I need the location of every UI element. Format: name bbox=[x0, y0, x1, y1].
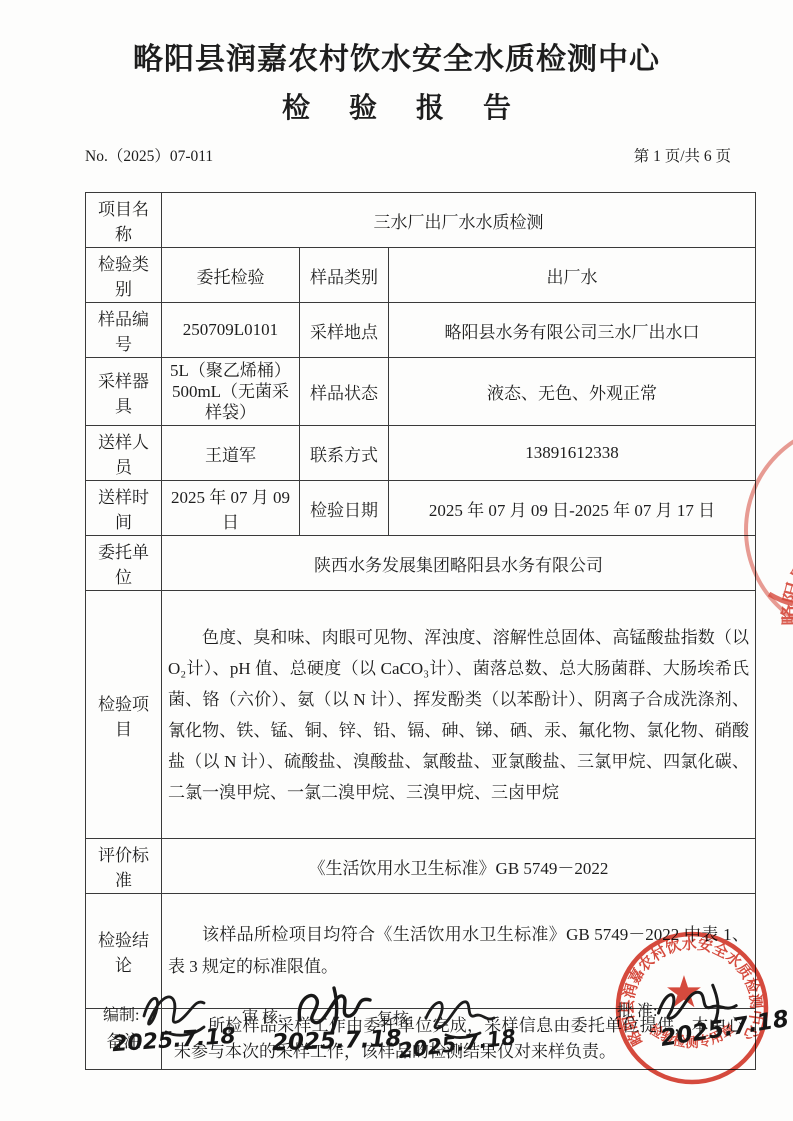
label-evaluation-standard: 评价标准 bbox=[86, 839, 162, 894]
table-row: 项目名称 三水厂出厂水水质检测 bbox=[86, 193, 756, 248]
container-line1: 5L（聚乙烯桶） bbox=[168, 360, 293, 381]
table-row: 委托单位 陕西水务发展集团略阳县水务有限公司 bbox=[86, 536, 756, 591]
rechecked-by-label: 复核: bbox=[377, 1006, 413, 1029]
reviewed-by-label: 审 核: bbox=[242, 1004, 282, 1027]
table-row: 样品编号 250709L0101 采样地点 略阳县水务有限公司三水厂出水口 bbox=[86, 303, 756, 358]
table-row: 采样器具 5L（聚乙烯桶） 500mL（无菌采样袋） 样品状态 液态、无色、外观… bbox=[86, 358, 756, 426]
report-number: No.（2025）07-011 bbox=[85, 144, 213, 166]
value-sample-type: 出厂水 bbox=[389, 248, 756, 303]
label-sample-type: 样品类别 bbox=[300, 248, 389, 303]
inspection-items-text: 色度、臭和味、肉眼可见物、浑浊度、溶解性总固体、高锰酸盐指数（以 O₂计）、pH… bbox=[168, 622, 749, 808]
value-sample-sender: 王道军 bbox=[162, 426, 300, 481]
signature-stroke bbox=[299, 988, 370, 1032]
prepared-by-label: 编制: bbox=[103, 1002, 139, 1025]
value-sample-no: 250709L0101 bbox=[162, 303, 300, 358]
label-sampling-container: 采样器具 bbox=[86, 358, 162, 426]
container-line2: 500mL（无菌采样袋） bbox=[168, 381, 293, 423]
label-inspection-date: 检验日期 bbox=[300, 481, 389, 536]
value-sending-time: 2025 年 07 月 09 日 bbox=[162, 481, 300, 536]
label-sample-state: 样品状态 bbox=[300, 358, 389, 426]
value-inspection-date: 2025 年 07 月 09 日-2025 年 07 月 17 日 bbox=[389, 481, 756, 536]
page-title: 略阳县润嘉农村饮水安全水质检测中心 bbox=[0, 0, 793, 78]
table-row: 送样时间 2025 年 07 月 09 日 检验日期 2025 年 07 月 0… bbox=[86, 481, 756, 536]
label-client: 委托单位 bbox=[86, 536, 162, 591]
edge-seal-partial-stamp: 略阳县润嘉农村饮水安全水质检测中心 bbox=[733, 422, 793, 642]
value-inspection-items: 色度、臭和味、肉眼可见物、浑浊度、溶解性总固体、高锰酸盐指数（以 O₂计）、pH… bbox=[162, 591, 756, 839]
label-contact: 联系方式 bbox=[300, 426, 389, 481]
value-sample-state: 液态、无色、外观正常 bbox=[389, 358, 756, 426]
value-contact: 13891612338 bbox=[389, 426, 756, 481]
edge-seal-group: 略阳县润嘉农村饮水安全水质检测中心 bbox=[742, 422, 793, 642]
table-row: 检验类别 委托检验 样品类别 出厂水 bbox=[86, 248, 756, 303]
edge-seal-ring-text: 略阳县润嘉农村饮水安全水质检测中心 bbox=[742, 422, 793, 642]
page-subtitle: 检 验 报 告 bbox=[0, 86, 793, 126]
label-sample-sender: 送样人员 bbox=[86, 426, 162, 481]
table-row: 评价标准 《生活饮用水卫生标准》GB 5749－2022 bbox=[86, 839, 756, 894]
table-row: 检验项目 色度、臭和味、肉眼可见物、浑浊度、溶解性总固体、高锰酸盐指数（以 O₂… bbox=[86, 591, 756, 839]
label-sending-time: 送样时间 bbox=[86, 481, 162, 536]
label-project-name: 项目名称 bbox=[86, 193, 162, 248]
table-row: 送样人员 王道军 联系方式 13891612338 bbox=[86, 426, 756, 481]
value-evaluation-standard: 《生活饮用水卫生标准》GB 5749－2022 bbox=[162, 839, 756, 894]
report-page: 略阳县润嘉农村饮水安全水质检测中心 检 验 报 告 No.（2025）07-01… bbox=[0, 0, 793, 1121]
label-inspection-type: 检验类别 bbox=[86, 248, 162, 303]
value-sampling-location: 略阳县水务有限公司三水厂出水口 bbox=[389, 303, 756, 358]
page-number: 第 1 页/共 6 页 bbox=[634, 144, 755, 166]
meta-row: No.（2025）07-011 第 1 页/共 6 页 bbox=[85, 144, 755, 166]
label-inspection-items: 检验项目 bbox=[86, 591, 162, 839]
value-project-name: 三水厂出厂水水质检测 bbox=[162, 193, 756, 248]
value-client: 陕西水务发展集团略阳县水务有限公司 bbox=[162, 536, 756, 591]
label-sample-no: 样品编号 bbox=[86, 303, 162, 358]
label-sampling-location: 采样地点 bbox=[300, 303, 389, 358]
reviewed-date: 2025.7.18 bbox=[272, 1026, 402, 1057]
value-inspection-type: 委托检验 bbox=[162, 248, 300, 303]
edge-seal-text-holder: 略阳县润嘉农村饮水安全水质检测中心 bbox=[742, 422, 793, 642]
value-sampling-container: 5L（聚乙烯桶） 500mL（无菌采样袋） bbox=[162, 358, 300, 426]
